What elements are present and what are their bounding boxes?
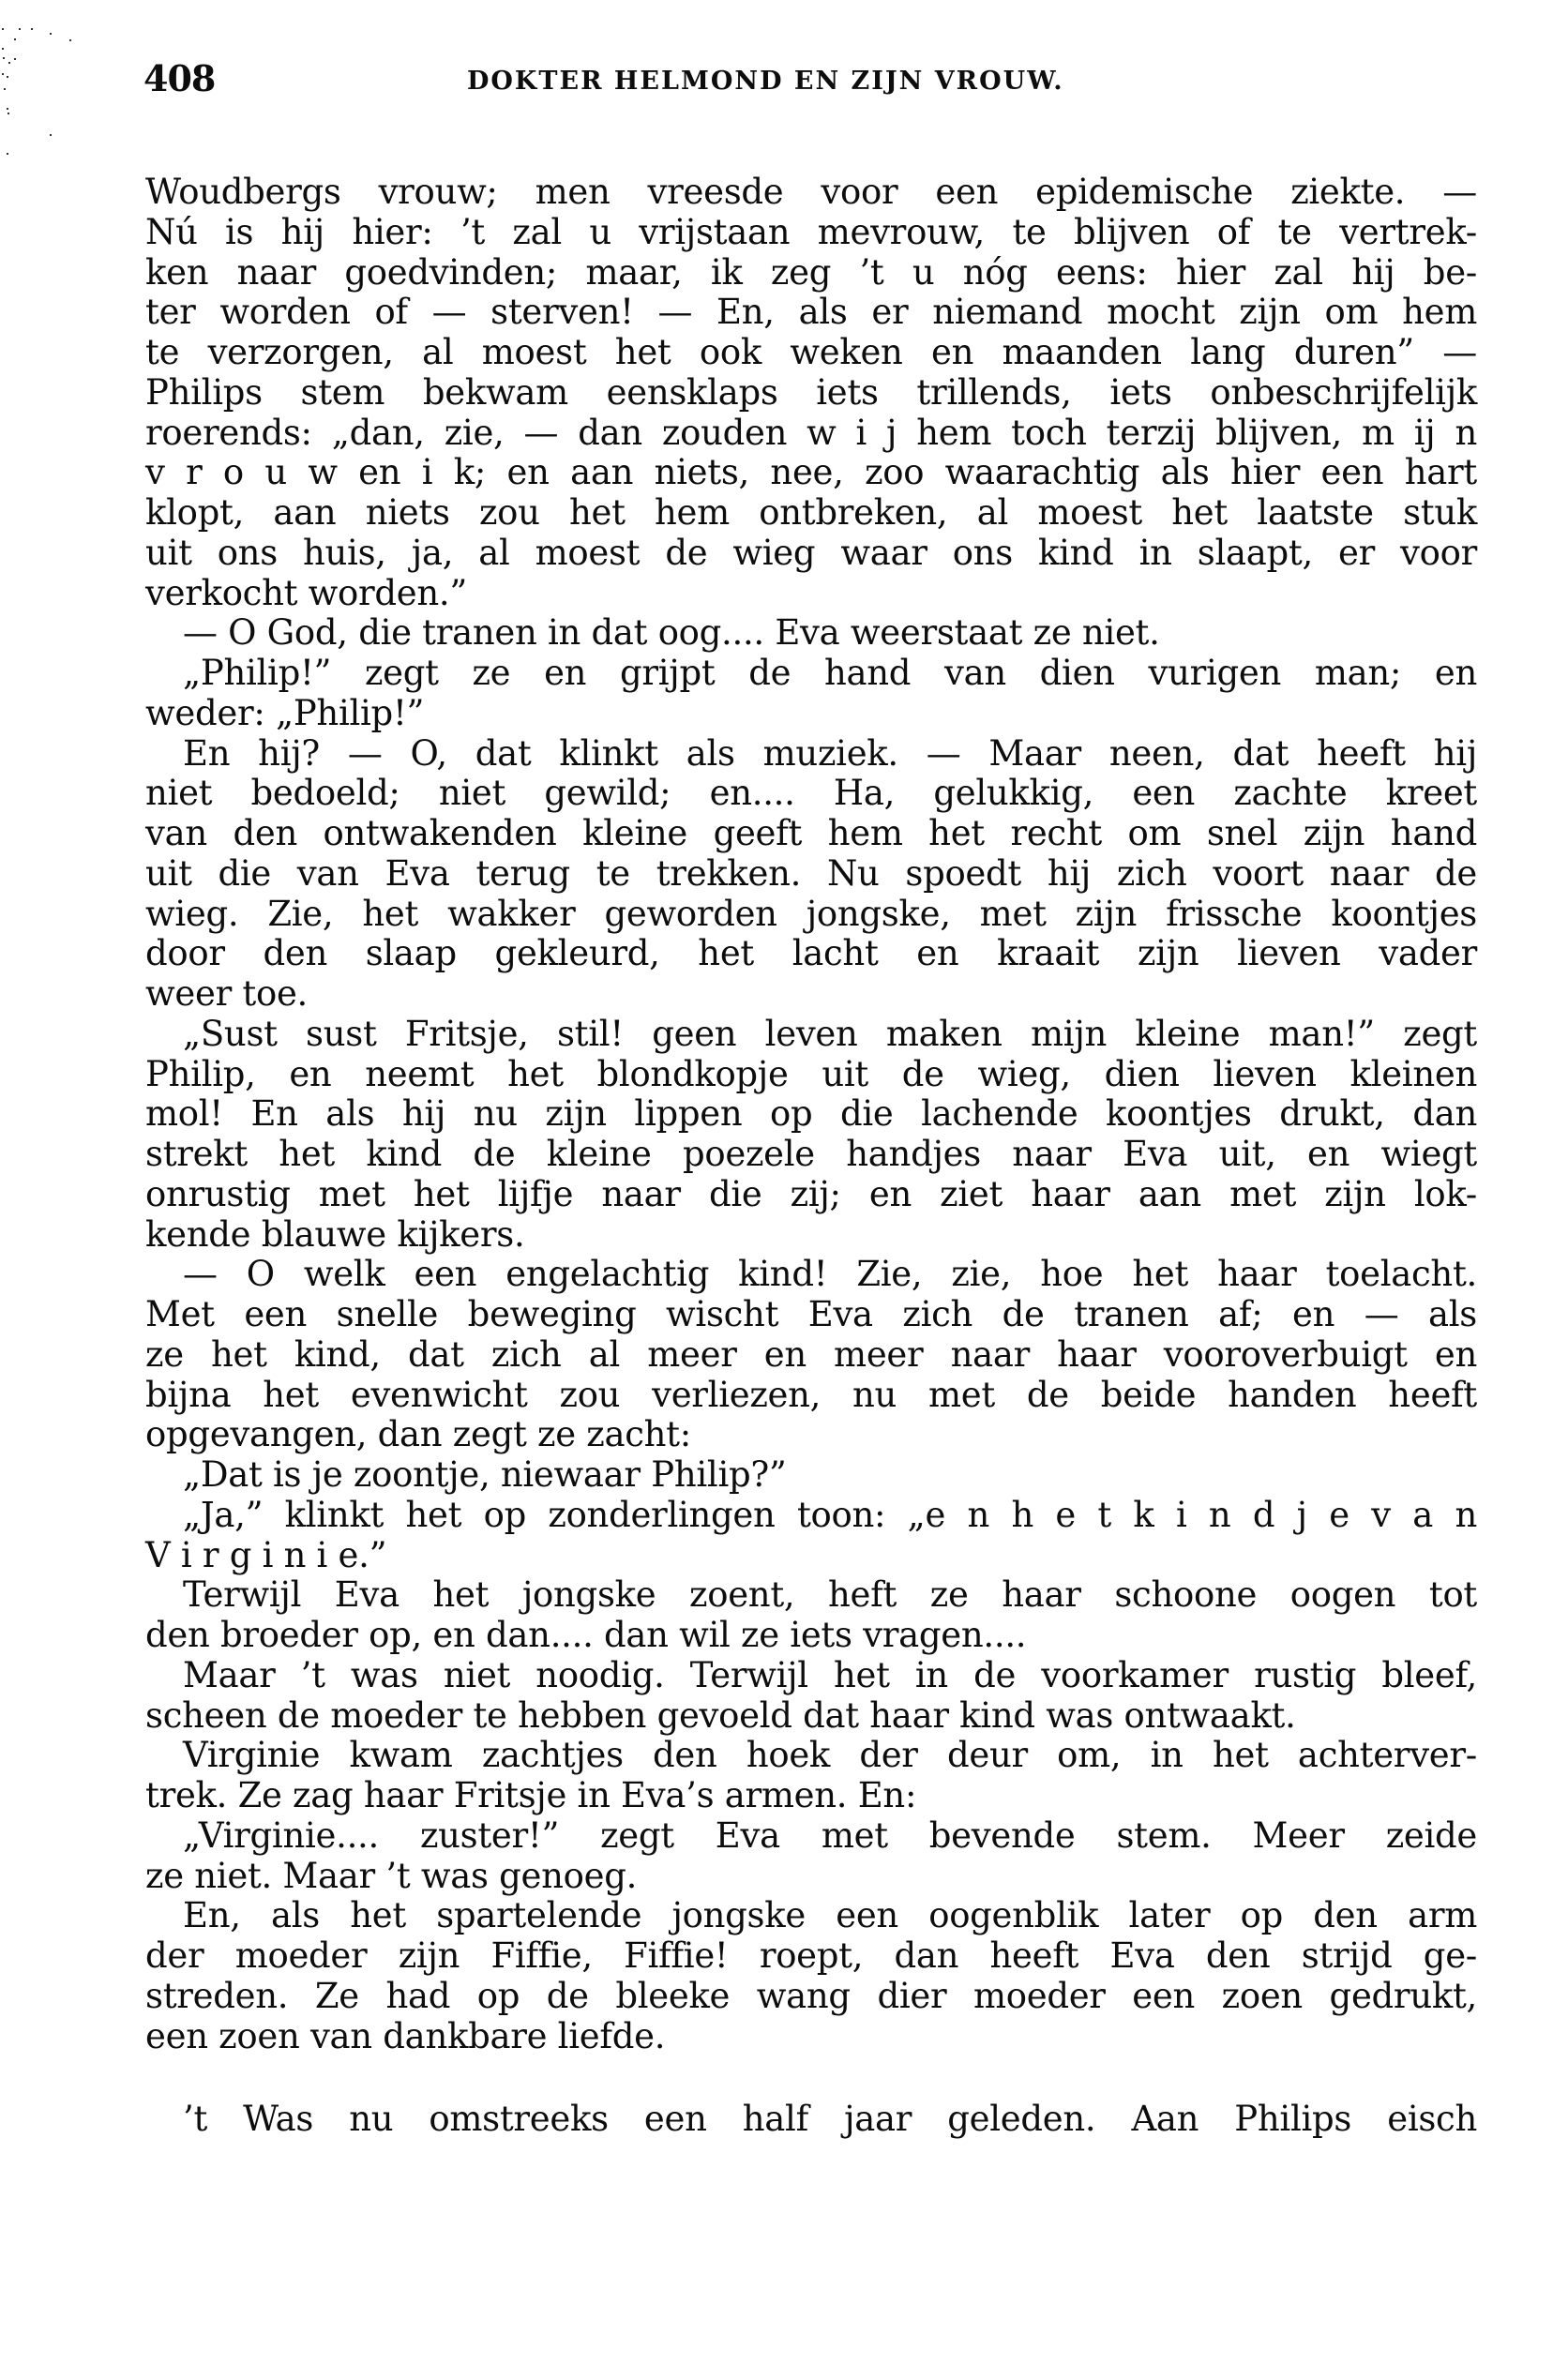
text-line: wieg. Zie, het wakker geworden jongske, … xyxy=(145,895,1477,935)
scan-margin-specks xyxy=(0,19,75,169)
text-line: „Dat is je zoontje, niewaar Philip?” xyxy=(145,1455,1477,1496)
text-line: Woudbergs vrouw; men vreesde voor een ep… xyxy=(145,173,1477,213)
text-line: een zoen van dankbare liefde. xyxy=(145,2017,1477,2057)
text-line: En hij? — O, dat klinkt als muziek. — Ma… xyxy=(145,734,1477,775)
text-line: uit ons huis, ja, al moest de wieg waar … xyxy=(145,534,1477,574)
section-gap xyxy=(145,2056,1477,2100)
text-line: trek. Ze zag haar Fritsje in Eva’s armen… xyxy=(145,1776,1477,1816)
text-line: ter worden of — sterven! — En, als er ni… xyxy=(145,293,1477,333)
text-line: Philip, en neemt het blondkopje uit de w… xyxy=(145,1055,1477,1095)
text-line: roerends: „dan, zie, — dan zouden w i j … xyxy=(145,414,1477,454)
text-line: Terwijl Eva het jongske zoent, heft ze h… xyxy=(145,1575,1477,1616)
text-line: Nú is hij hier: ’t zal u vrijstaan mevro… xyxy=(145,213,1477,253)
text-line: streden. Ze had op de bleeke wang dier m… xyxy=(145,1977,1477,2017)
text-line: strekt het kind de kleine poezele handje… xyxy=(145,1135,1477,1175)
text-line: door den slaap gekleurd, het lacht en kr… xyxy=(145,934,1477,974)
text-line: v r o u w en i k; en aan niets, nee, zoo… xyxy=(145,453,1477,493)
text-line: uit die van Eva terug te trekken. Nu spo… xyxy=(145,854,1477,895)
text-line: onrustig met het lijfje naar die zij; en… xyxy=(145,1175,1477,1215)
text-line: ze het kind, dat zich al meer en meer na… xyxy=(145,1335,1477,1376)
text-line: niet bedoeld; niet gewild; en.... Ha, ge… xyxy=(145,774,1477,814)
text-line: klopt, aan niets zou het hem ontbreken, … xyxy=(145,493,1477,534)
text-line: „Sust sust Fritsje, stil! geen leven mak… xyxy=(145,1015,1477,1055)
text-line: van den ontwakenden kleine geeft hem het… xyxy=(145,814,1477,854)
running-title: DOKTER HELMOND EN ZIJN VROUW. xyxy=(467,64,1064,99)
text-line: En, als het spartelende jongske een ooge… xyxy=(145,1896,1477,1936)
text-line: bijna het evenwicht zou verliezen, nu me… xyxy=(145,1376,1477,1416)
text-line: V i r g i n i e.” xyxy=(145,1536,1477,1576)
text-line: „Ja,” klinkt het op zonderlingen toon: „… xyxy=(145,1496,1477,1536)
page-header: 408 DOKTER HELMOND EN ZIJN VROUW. xyxy=(143,58,1475,99)
text-line: — O God, die tranen in dat oog.... Eva w… xyxy=(145,613,1477,654)
text-line: opgevangen, dan zegt ze zacht: xyxy=(145,1415,1477,1455)
text-line: kende blauwe kijkers. xyxy=(145,1215,1477,1256)
final-paragraph-line: ’t Was nu omstreeks een half jaar gelede… xyxy=(145,2100,1477,2140)
text-line: ze niet. Maar ’t was genoeg. xyxy=(145,1857,1477,1897)
text-line: mol! En als hij nu zijn lippen op die la… xyxy=(145,1094,1477,1135)
text-line: „Philip!” zegt ze en grijpt de hand van … xyxy=(145,654,1477,694)
body-text: Woudbergs vrouw; men vreesde voor een ep… xyxy=(145,173,1477,2140)
page-number: 408 xyxy=(143,58,215,99)
text-line: Met een snelle beweging wischt Eva zich … xyxy=(145,1295,1477,1335)
text-line: weer toe. xyxy=(145,974,1477,1015)
text-line: Virginie kwam zachtjes den hoek der deur… xyxy=(145,1736,1477,1776)
text-line: „Virginie.... zuster!” zegt Eva met beve… xyxy=(145,1816,1477,1857)
text-line: Philips stem bekwam eensklaps iets trill… xyxy=(145,373,1477,414)
text-line: der moeder zijn Fiffie, Fiffie! roept, d… xyxy=(145,1936,1477,1977)
text-line: Maar ’t was niet noodig. Terwijl het in … xyxy=(145,1656,1477,1696)
text-line: — O welk een engelachtig kind! Zie, zie,… xyxy=(145,1255,1477,1295)
text-line: te verzorgen, al moest het ook weken en … xyxy=(145,333,1477,373)
text-line: den broeder op, en dan.... dan wil ze ie… xyxy=(145,1616,1477,1656)
text-line: ken naar goedvinden; maar, ik zeg ’t u n… xyxy=(145,253,1477,294)
text-line: weder: „Philip!” xyxy=(145,694,1477,734)
text-line: verkocht worden.” xyxy=(145,574,1477,614)
text-line: scheen de moeder te hebben gevoeld dat h… xyxy=(145,1696,1477,1737)
